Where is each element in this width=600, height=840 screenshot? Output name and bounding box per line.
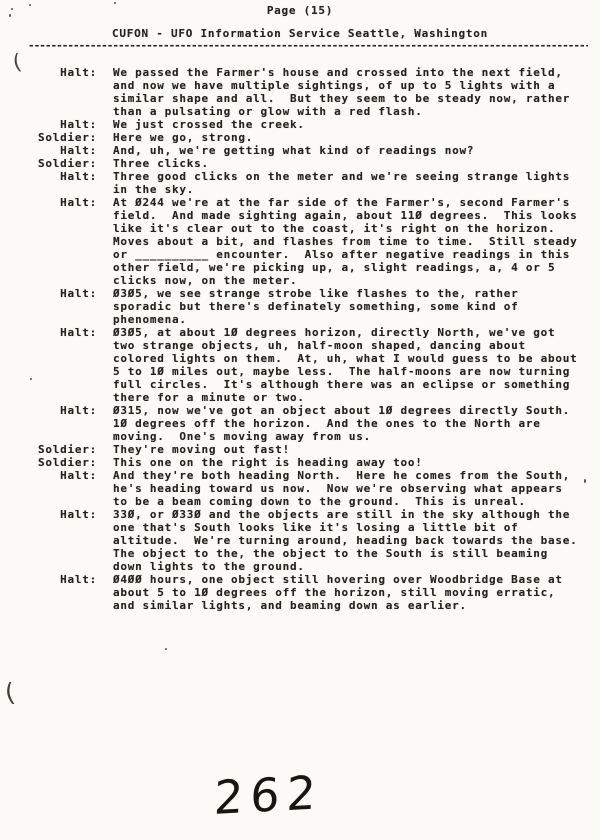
speaker-label: Halt: (0, 66, 97, 79)
transcript-entry: Halt: At Ø244 we're at the far side of t… (0, 196, 600, 287)
handwritten-margin-mark-bottom: ( (3, 677, 17, 707)
page-number-label: Page (15) (0, 4, 600, 17)
transcript-entry: Halt: Ø3Ø5, we see strange strobe like f… (0, 287, 600, 326)
speaker-label: Soldier: (0, 456, 97, 469)
scanned-document-page: ( ( Page (15) CUFON - UFO Information Se… (0, 0, 600, 840)
speaker-label: Halt: (0, 326, 97, 339)
speaker-label: Halt: (0, 144, 97, 157)
utterance-text: Ø3Ø5, we see strange strobe like flashes… (113, 287, 579, 326)
utterance-text: They're moving out fast! (113, 443, 579, 456)
transcript-entry: Halt: Ø315, now we've got an object abou… (0, 404, 600, 443)
utterance-text: At Ø244 we're at the far side of the Far… (113, 196, 579, 287)
speaker-label: Soldier: (0, 443, 97, 456)
speaker-label: Halt: (0, 170, 97, 183)
speaker-label: Halt: (0, 196, 97, 209)
speaker-label: Halt: (0, 573, 97, 586)
transcript-entry: Halt: And, uh, we're getting what kind o… (0, 144, 600, 157)
utterance-text: Three clicks. (113, 157, 579, 170)
transcript-entry: Halt: Three good clicks on the meter and… (0, 170, 600, 196)
transcript-entry: Halt: 33Ø, or Ø33Ø and the objects are s… (0, 508, 600, 573)
utterance-text: This one on the right is heading away to… (113, 456, 579, 469)
transcript-entry: Soldier: This one on the right is headin… (0, 456, 600, 469)
utterance-text: Three good clicks on the meter and we're… (113, 170, 579, 196)
utterance-text: Here we go, strong. (113, 131, 579, 144)
utterance-text: We passed the Farmer's house and crossed… (113, 66, 579, 118)
handwritten-page-number: 262 (213, 767, 323, 823)
utterance-text: And, uh, we're getting what kind of read… (113, 144, 579, 157)
speaker-label: Halt: (0, 287, 97, 300)
transcript-entry: Soldier: Three clicks. (0, 157, 600, 170)
transcript-entry: Halt: We passed the Farmer's house and c… (0, 66, 600, 118)
speaker-label: Halt: (0, 118, 97, 131)
speaker-label: Halt: (0, 404, 97, 417)
transcript-entry: Soldier: Here we go, strong. (0, 131, 600, 144)
speaker-label: Soldier: (0, 157, 97, 170)
utterance-text: 33Ø, or Ø33Ø and the objects are still i… (113, 508, 579, 573)
transcript-entry: Halt: Ø3Ø5, at about 1Ø degrees horizon,… (0, 326, 600, 404)
transcript-entry: Halt: We just crossed the creek. (0, 118, 600, 131)
speaker-label: Soldier: (0, 131, 97, 144)
transcript-entry: Halt: And they're both heading North. He… (0, 469, 600, 508)
transcript-entry: Soldier: They're moving out fast! (0, 443, 600, 456)
utterance-text: Ø3Ø5, at about 1Ø degrees horizon, direc… (113, 326, 579, 404)
speaker-label: Halt: (0, 508, 97, 521)
scan-speck (165, 648, 167, 650)
dashed-divider: ----------------------------------------… (28, 39, 588, 53)
utterance-text: And they're both heading North. Here he … (113, 469, 579, 508)
transcript-body: Halt: We passed the Farmer's house and c… (0, 66, 600, 612)
speaker-label: Halt: (0, 469, 97, 482)
utterance-text: Ø315, now we've got an object about 1Ø d… (113, 404, 579, 443)
utterance-text: Ø4ØØ hours, one object still hovering ov… (113, 573, 579, 612)
utterance-text: We just crossed the creek. (113, 118, 579, 131)
transcript-entry: Halt: Ø4ØØ hours, one object still hover… (0, 573, 600, 612)
